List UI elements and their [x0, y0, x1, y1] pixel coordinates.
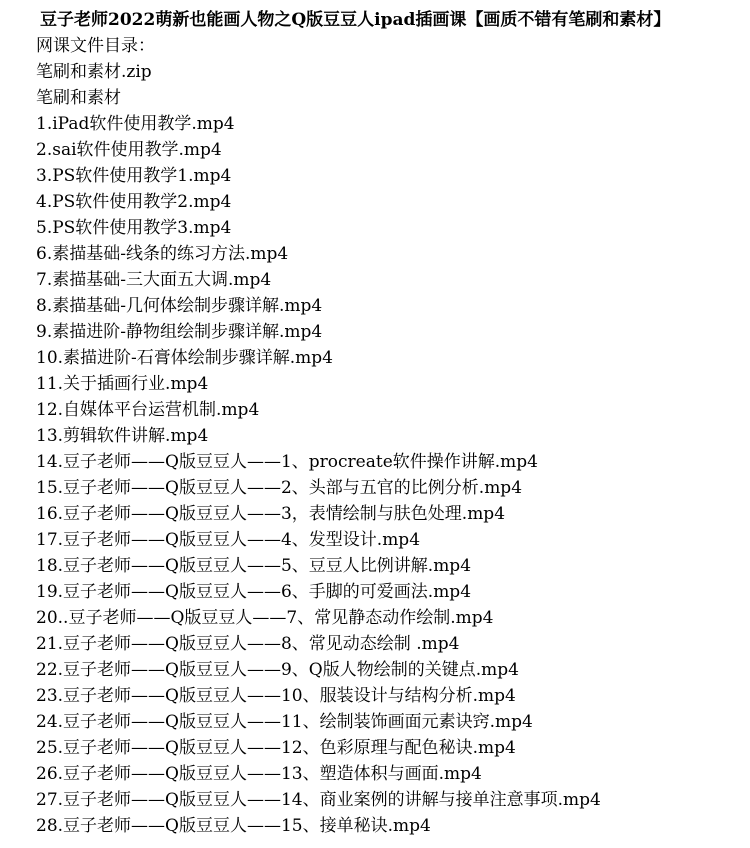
file-list-item: 笔刷和素材: [36, 85, 740, 111]
file-list-item: 27.豆子老师——Q版豆豆人——14、商业案例的讲解与接单注意事项.mp4: [36, 787, 740, 813]
file-list-item: 10.素描进阶-石膏体绘制步骤详解.mp4: [36, 345, 740, 371]
file-list-item: 笔刷和素材.zip: [36, 59, 740, 85]
file-list-item: 7.素描基础-三大面五大调.mp4: [36, 267, 740, 293]
file-list-item: 18.豆子老师——Q版豆豆人——5、豆豆人比例讲解.mp4: [36, 553, 740, 579]
file-list-item: 25.豆子老师——Q版豆豆人——12、色彩原理与配色秘诀.mp4: [36, 735, 740, 761]
file-list-item: 3.PS软件使用教学1.mp4: [36, 163, 740, 189]
file-list-item: 17.豆子老师——Q版豆豆人——4、发型设计.mp4: [36, 527, 740, 553]
file-list-item: 28.豆子老师——Q版豆豆人——15、接单秘诀.mp4: [36, 813, 740, 839]
file-list-item: 20..豆子老师——Q版豆豆人——7、常见静态动作绘制.mp4: [36, 605, 740, 631]
file-list-item: 26.豆子老师——Q版豆豆人——13、塑造体积与画面.mp4: [36, 761, 740, 787]
file-list-item: 1.iPad软件使用教学.mp4: [36, 111, 740, 137]
file-list-item: 4.PS软件使用教学2.mp4: [36, 189, 740, 215]
file-list-item: 15.豆子老师——Q版豆豆人——2、头部与五官的比例分析.mp4: [36, 475, 740, 501]
file-list-item: 6.素描基础-线条的练习方法.mp4: [36, 241, 740, 267]
file-list: 笔刷和素材.zip笔刷和素材1.iPad软件使用教学.mp42.sai软件使用教…: [36, 59, 740, 839]
directory-label: 网课文件目录：: [36, 33, 740, 59]
file-list-item: 2.sai软件使用教学.mp4: [36, 137, 740, 163]
file-list-item: 12.自媒体平台运营机制.mp4: [36, 397, 740, 423]
file-list-item: 14.豆子老师——Q版豆豆人——1、procreate软件操作讲解.mp4: [36, 449, 740, 475]
file-list-item: 24.豆子老师——Q版豆豆人——11、绘制装饰画面元素诀窍.mp4: [36, 709, 740, 735]
file-list-item: 9.素描进阶-静物组绘制步骤详解.mp4: [36, 319, 740, 345]
file-list-item: 23.豆子老师——Q版豆豆人——10、服装设计与结构分析.mp4: [36, 683, 740, 709]
file-list-item: 21.豆子老师——Q版豆豆人——8、常见动态绘制 .mp4: [36, 631, 740, 657]
course-title: 豆子老师2022萌新也能画人物之Q版豆豆人ipad插画课【画质不错有笔刷和素材】: [36, 7, 740, 33]
file-list-item: 5.PS软件使用教学3.mp4: [36, 215, 740, 241]
file-list-item: 11.关于插画行业.mp4: [36, 371, 740, 397]
course-directory-page: 豆子老师2022萌新也能画人物之Q版豆豆人ipad插画课【画质不错有笔刷和素材】…: [0, 0, 750, 848]
file-list-item: 22.豆子老师——Q版豆豆人——9、Q版人物绘制的关键点.mp4: [36, 657, 740, 683]
file-list-item: 16.豆子老师——Q版豆豆人——3，表情绘制与肤色处理.mp4: [36, 501, 740, 527]
file-list-item: 19.豆子老师——Q版豆豆人——6、手脚的可爱画法.mp4: [36, 579, 740, 605]
file-list-item: 8.素描基础-几何体绘制步骤详解.mp4: [36, 293, 740, 319]
file-list-item: 13.剪辑软件讲解.mp4: [36, 423, 740, 449]
